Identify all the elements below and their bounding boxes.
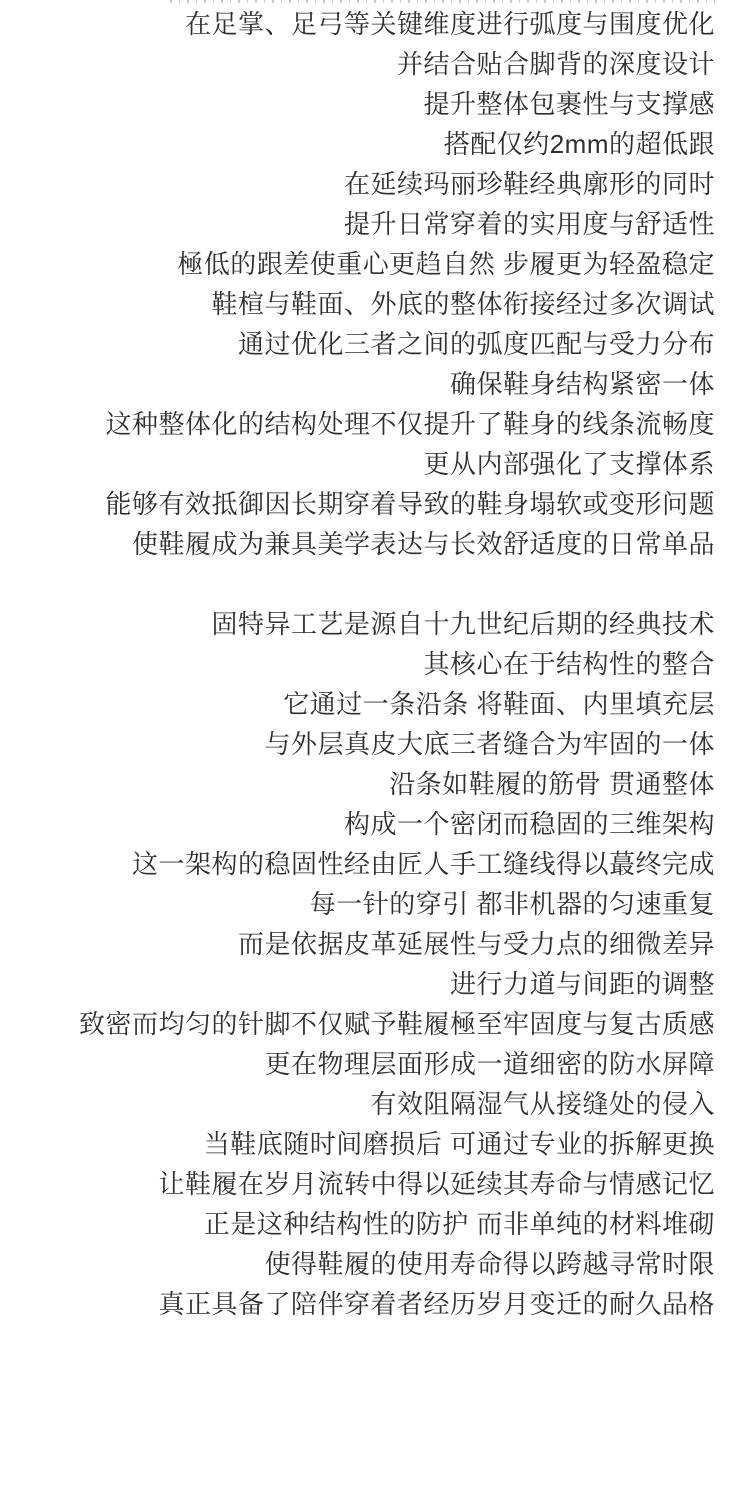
text-line: 这种整体化的结构处理不仅提升了鞋身的线条流畅度 (0, 404, 715, 444)
paragraph-separator (0, 564, 715, 604)
text-line: 使得鞋履的使用寿命得以跨越寻常时限 (0, 1244, 715, 1284)
text-line: 更在物理层面形成一道细密的防水屏障 (0, 1044, 715, 1084)
text-line: 在延续玛丽珍鞋经典廓形的同时 (0, 164, 715, 204)
text-line: 构成一个密闭而稳固的三维架构 (0, 804, 715, 844)
text-line: 沿条如鞋履的筋骨 贯通整体 (0, 764, 715, 804)
text-line: 这一架构的稳固性经由匠人手工缝线得以蕞终完成 (0, 844, 715, 884)
text-line: 有效阻隔湿气从接缝处的侵入 (0, 1084, 715, 1124)
text-line: 固特异工艺是源自十九世纪后期的经典技术 (0, 604, 715, 644)
text-line: 与外层真皮大底三者缝合为牢固的一体 (0, 724, 715, 764)
text-line: 确保鞋身结构紧密一体 (0, 364, 715, 404)
text-line: 每一针的穿引 都非机器的匀速重复 (0, 884, 715, 924)
product-description-text: 在足掌、足弓等关键维度进行弧度与围度优化并结合贴合脚背的深度设计提升整体包裹性与… (0, 4, 750, 1324)
text-line: 通过优化三者之间的弧度匹配与受力分布 (0, 324, 715, 364)
text-line: 并结合贴合脚背的深度设计 (0, 44, 715, 84)
text-line: 进行力道与间距的调整 (0, 964, 715, 1004)
text-line: 提升整体包裹性与支撑感 (0, 84, 715, 124)
text-line: 正是这种结构性的防护 而非单纯的材料堆砌 (0, 1204, 715, 1244)
text-line: 提升日常穿着的实用度与舒适性 (0, 204, 715, 244)
text-line: 能够有效抵御因长期穿着导致的鞋身塌软或变形问题 (0, 484, 715, 524)
text-line: 而是依据皮革延展性与受力点的细微差异 (0, 924, 715, 964)
text-line: 真正具备了陪伴穿着者经历岁月变迁的耐久品格 (0, 1284, 715, 1324)
text-line: 它通过一条沿条 将鞋面、内里填充层 (0, 684, 715, 724)
text-line: 鞋楦与鞋面、外底的整体衔接经过多次调试 (0, 284, 715, 324)
text-line: 極低的跟差使重心更趋自然 步履更为轻盈稳定 (0, 244, 715, 284)
paragraph-goodyear-welt-craft: 固特异工艺是源自十九世纪后期的经典技术其核心在于结构性的整合它通过一条沿条 将鞋… (0, 604, 715, 1324)
text-line: 致密而均匀的针脚不仅赋予鞋履極至牢固度与复古质感 (0, 1004, 715, 1044)
text-line: 当鞋底随时间磨损后 可通过专业的拆解更换 (0, 1124, 715, 1164)
text-line: 在足掌、足弓等关键维度进行弧度与围度优化 (0, 4, 715, 44)
text-line: 其核心在于结构性的整合 (0, 644, 715, 684)
text-line: 让鞋履在岁月流转中得以延续其寿命与情感记忆 (0, 1164, 715, 1204)
paragraph-last-and-structure: 在足掌、足弓等关键维度进行弧度与围度优化并结合贴合脚背的深度设计提升整体包裹性与… (0, 4, 715, 564)
text-line: 更从内部强化了支撑体系 (0, 444, 715, 484)
cropped-text-line-top (170, 0, 715, 3)
text-line: 使鞋履成为兼具美学表达与长效舒适度的日常单品 (0, 524, 715, 564)
text-line: 搭配仅约2mm的超低跟 (0, 124, 715, 164)
